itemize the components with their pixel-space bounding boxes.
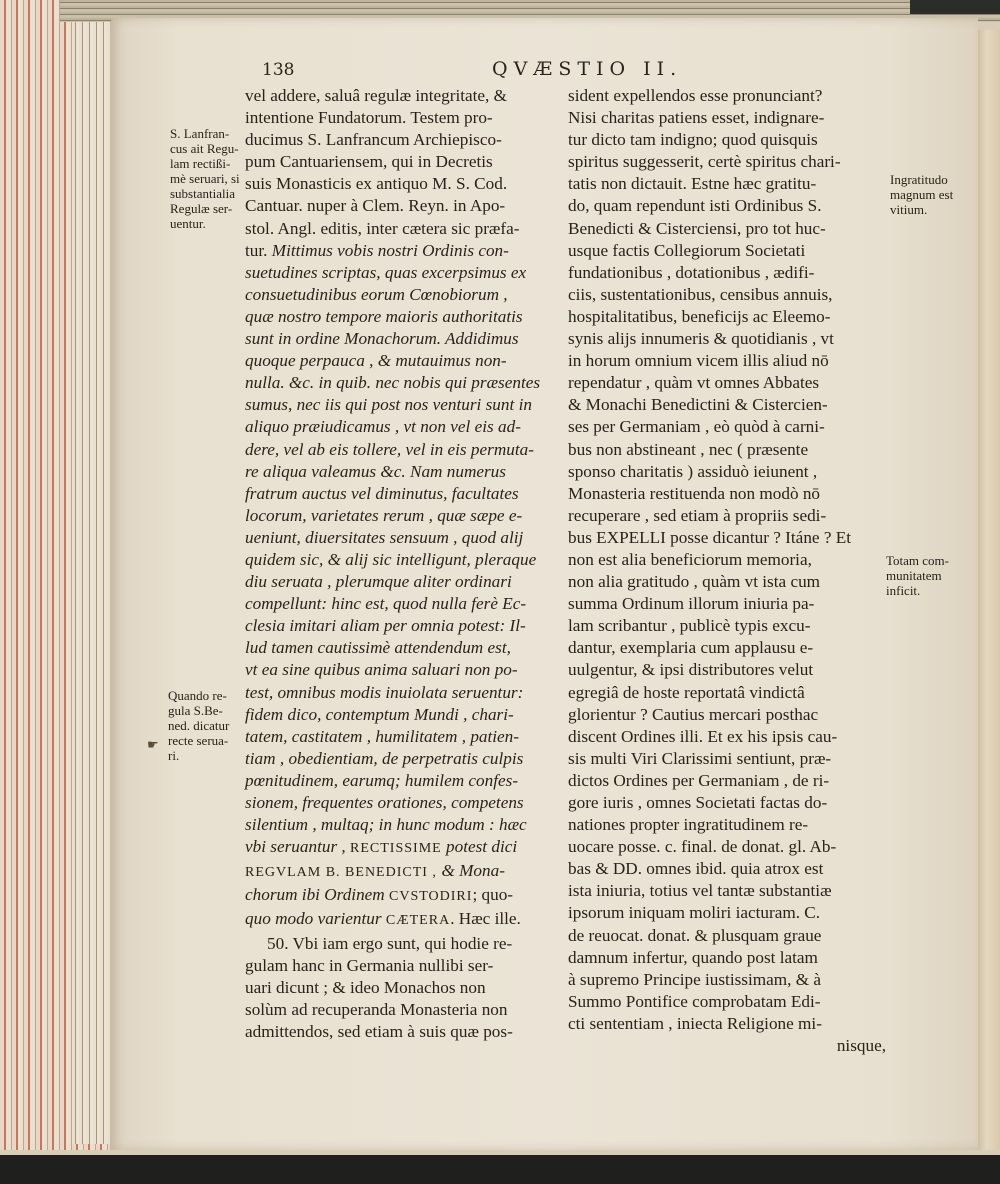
margin-note-line: magnum est (890, 187, 953, 202)
text-line: uocare posse. c. final. de donat. gl. Ab… (568, 836, 886, 858)
text-line: hospitalitatibus, beneficijs ac Eleemo- (568, 306, 886, 328)
facing-page-edge (978, 30, 1000, 1150)
text-line: vbi seruantur , RECTISSIME potest dici (245, 836, 575, 860)
margin-note-line: ned. dicatur (168, 718, 229, 733)
text-line: ipsorum iniquam moliri iacturam. C. (568, 902, 886, 924)
text-line: solùm ad recuperanda Monasteria non (245, 999, 575, 1021)
text-line: dictos Ordines per Germaniam , de ri- (568, 770, 886, 792)
text-line: sionem, frequentes orationes, competens (245, 792, 575, 814)
text-line: Monasteria restituenda non modò nō (568, 483, 886, 505)
text-line: pœnitudinem, earumq; humilem confes- (245, 770, 575, 792)
text-line: silentium , multaq; in hunc modum : hæc (245, 814, 575, 836)
margin-note-line: inficit. (886, 583, 949, 598)
text-line: aliquo præiudicamus , vt non vel eis ad- (245, 416, 575, 438)
text-line: bus EXPELLI posse dicantur ? Itáne ? Et (568, 527, 886, 549)
text-line: diu seruata , plerumque aliter ordinari (245, 571, 575, 593)
margin-note-line: substantialia (170, 186, 240, 201)
text-line: gore iuris , omnes Societati factas do- (568, 792, 886, 814)
text-line: summa Ordinum illorum iniuria pa- (568, 593, 886, 615)
text-line: intentione Fundatorum. Testem pro- (245, 107, 575, 129)
text-column-right: sident expellendos esse pronunciant?Nisi… (568, 85, 886, 1057)
text-line: de reuocat. donat. & plusquam graue (568, 925, 886, 947)
text-line: pum Cantuariensem, qui in Decretis (245, 151, 575, 173)
margin-note-quando: Quando re-gula S.Be-ned. dicaturrecte se… (168, 688, 229, 763)
margin-note-line: munitatem (886, 568, 949, 583)
text-line: quidem sic, & alij sic intelligunt, pler… (245, 549, 575, 571)
margin-note-line: uentur. (170, 216, 240, 231)
text-line: egregiâ de hoste reportatâ vindictâ (568, 682, 886, 704)
margin-note-lanfranc: S. Lanfran-cus ait Regu-lam rectißi-mè s… (170, 126, 240, 231)
margin-note-line: vitium. (890, 202, 953, 217)
text-line: usque factis Collegiorum Societati (568, 240, 886, 262)
text-line: chorum ibi Ordinem CVSTODIRI; quo- (245, 884, 575, 908)
text-line: damnum infertur, quando post latam (568, 947, 886, 969)
text-line: test, omnibus modis inuiolata seruentur: (245, 682, 575, 704)
text-line: bus non abstineant , nec ( præsente (568, 439, 886, 461)
text-line: quoque perpauca , & mutauimus non- (245, 350, 575, 372)
text-line: nationes propter ingratitudinem re- (568, 814, 886, 836)
text-line: ista iniuria, totius vel tantæ substanti… (568, 880, 886, 902)
text-column-left: vel addere, saluâ regulæ integritate, &i… (245, 85, 575, 1043)
text-line: tatis non dictauit. Estne hæc gratitu- (568, 173, 886, 195)
text-line: consuetudinibus eorum Cœnobiorum , (245, 284, 575, 306)
margin-note-line: mè seruari, si (170, 171, 240, 186)
text-line: nulla. &c. in quib. nec nobis qui præsen… (245, 372, 575, 394)
margin-note-line: Quando re- (168, 688, 229, 703)
text-line: lam scribantur , publicè typis excu- (568, 615, 886, 637)
text-line: sident expellendos esse pronunciant? (568, 85, 886, 107)
text-line: sponso charitatis ) assiduò ieiunent , (568, 461, 886, 483)
text-line: Benedicti & Cisterciensi, pro tot huc- (568, 218, 886, 240)
margin-note-line: lam rectißi- (170, 156, 240, 171)
text-line: gulam hanc in Germania nullibi ser- (245, 955, 575, 977)
text-line: & Monachi Benedictini & Cistercien- (568, 394, 886, 416)
text-line: cti sententiam , iniecta Religione mi- (568, 1013, 886, 1035)
text-line: ses per Germaniam , eò quòd à carni- (568, 416, 886, 438)
background-corner (910, 0, 1000, 14)
text-line: locorum, varietates rerum , quæ sæpe e- (245, 505, 575, 527)
text-line: tatem, castitatem , humilitatem , patien… (245, 726, 575, 748)
running-title: QVÆSTIO II. (492, 58, 682, 80)
text-line: sis multi Viri Clarissimi sentiunt, præ- (568, 748, 886, 770)
text-line: nisque, (568, 1035, 886, 1057)
text-line: lud tamen cautissimè attendendum est, (245, 637, 575, 659)
running-head: 138 QVÆSTIO II. (262, 60, 902, 84)
text-line: sunt in ordine Monachorum. Addidimus (245, 328, 575, 350)
margin-note-line: ri. (168, 748, 229, 763)
text-line: do, quam rependunt isti Ordinibus S. (568, 195, 886, 217)
text-line: Nisi charitas patiens esset, indignare- (568, 107, 886, 129)
margin-note-line: Regulæ ser- (170, 201, 240, 216)
text-line: fratrum auctus vel diminutus, facultates (245, 483, 575, 505)
text-line: Cantuar. nuper à Clem. Reyn. in Apo- (245, 195, 575, 217)
text-line: 50. Vbi iam ergo sunt, qui hodie re- (245, 933, 575, 955)
margin-note-line: cus ait Regu- (170, 141, 240, 156)
text-line: dere, vel ab eis tollere, vel in eis per… (245, 439, 575, 461)
text-line: Summo Pontifice comprobatam Edi- (568, 991, 886, 1013)
text-line: ducimus S. Lanfrancum Archiepisco- (245, 129, 575, 151)
text-line: synis alijs innumeris & quotidianis , vt (568, 328, 886, 350)
text-line: ciis, sustentationibus, censibus annuis, (568, 284, 886, 306)
page-edges-left (0, 0, 110, 1150)
margin-note-line: S. Lanfran- (170, 126, 240, 141)
text-line: vel addere, saluâ regulæ integritate, & (245, 85, 575, 107)
text-line: quo modo varientur CÆTERA. Hæc ille. (245, 908, 575, 932)
margin-note-line: Ingratitudo (890, 172, 953, 187)
pointing-hand-icon: ☛ (147, 738, 159, 753)
page-edges-inner (72, 4, 112, 1144)
margin-note-line: gula S.Be- (168, 703, 229, 718)
margin-note-totam: Totam com-munitateminficit. (886, 553, 949, 598)
text-line: tur. Mittimus vobis nostri Ordinis con- (245, 240, 575, 262)
text-line: glorientur ? Cautius mercari posthac (568, 704, 886, 726)
text-line: bas & DD. omnes ibid. quia atrox est (568, 858, 886, 880)
margin-note-line: Totam com- (886, 553, 949, 568)
margin-note-line: recte serua- (168, 733, 229, 748)
text-line: fundationibus , dotationibus , ædifi- (568, 262, 886, 284)
text-line: suis Monasticis ex antiquo M. S. Cod. (245, 173, 575, 195)
text-line: in horum omnium vicem illis aliud nō (568, 350, 886, 372)
text-line: spiritus suggesserit, certè spiritus cha… (568, 151, 886, 173)
text-line: ueniunt, diuersitates sensuum , quod ali… (245, 527, 575, 549)
text-line: suetudines scriptas, quas excerpsimus ex (245, 262, 575, 284)
text-line: uari dicunt ; & ideo Monachos non (245, 977, 575, 999)
text-line: quæ nostro tempore maioris authoritatis (245, 306, 575, 328)
text-line: tiam , obedientiam, de perpetratis culpi… (245, 748, 575, 770)
margin-note-ingratitudo: Ingratitudomagnum estvitium. (890, 172, 953, 217)
text-line: discent Ordines illi. Et ex his ipsis ca… (568, 726, 886, 748)
text-line: rependatur , quàm vt omnes Abbates (568, 372, 886, 394)
text-line: clesia imitari aliam per omnia potest: I… (245, 615, 575, 637)
text-line: non est alia beneficiorum memoria, (568, 549, 886, 571)
text-line: fidem dico, contemptum Mundi , chari- (245, 704, 575, 726)
text-line: compellunt: hinc est, quod nulla ferè Ec… (245, 593, 575, 615)
text-line: re aliqua valeamus &c. Nam numerus (245, 461, 575, 483)
text-line: à supremo Principe iustissimam, & à (568, 969, 886, 991)
text-line: REGVLAM B. BENEDICTI , & Mona- (245, 860, 575, 884)
text-line: non alia gratitudo , quàm vt ista cum (568, 571, 886, 593)
text-line: vt ea sine quibus anima saluari non po- (245, 659, 575, 681)
text-line: admittendos, sed etiam à suis quæ pos- (245, 1021, 575, 1043)
text-line: recuperare , sed etiam à propriis sedi- (568, 505, 886, 527)
text-line: dantur, exemplaria cum applausu e- (568, 637, 886, 659)
text-line: tur dicto tam indigno; quod quisquis (568, 129, 886, 151)
page-number: 138 (262, 60, 294, 80)
text-line: uulgentur, & ipsi distributores velut (568, 659, 886, 681)
text-line: sumus, nec iis qui post nos venturi sunt… (245, 394, 575, 416)
text-line: stol. Angl. editis, inter cætera sic præ… (245, 218, 575, 240)
